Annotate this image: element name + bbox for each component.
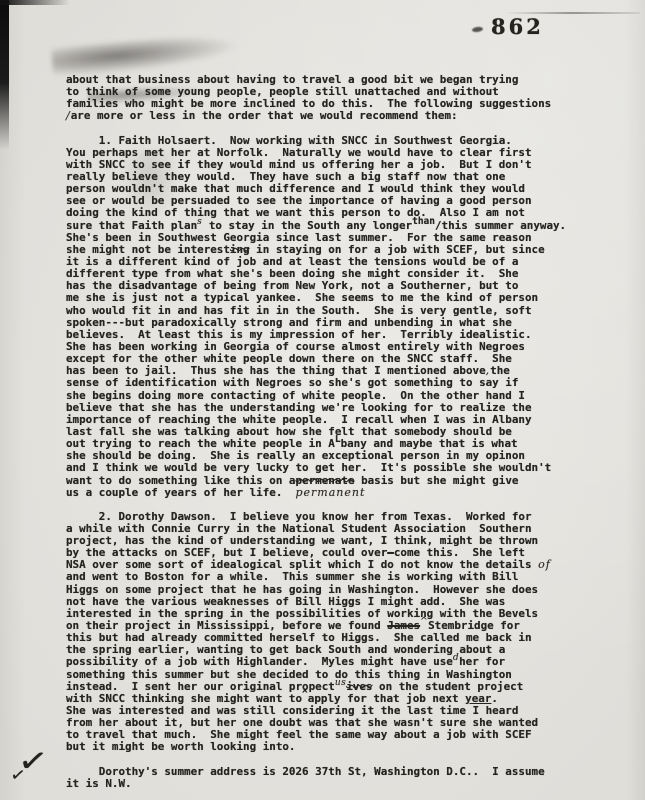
typed-text: Stembridge for	[428, 619, 520, 632]
typed-text: bany and maybe that is what	[341, 437, 518, 450]
typed-text: and I think we would be very lucky to ge…	[66, 461, 551, 474]
typed-text: us a couple of years of her life.	[66, 486, 296, 499]
typed-text: sense of identification with Negroes so …	[66, 376, 518, 389]
typed-text: last fall she was talking about how she …	[66, 425, 512, 438]
typed-text: not have the various weaknesses of Bill …	[66, 595, 505, 608]
typed-text: Dorothy's summer address is 2026 37th St…	[66, 765, 545, 778]
typed-text: her for	[459, 655, 505, 668]
annotated-text: us	[335, 678, 346, 688]
typed-text: has the disadvantage of being from New Y…	[66, 279, 518, 292]
typed-text: with SNCC thinking she might want to	[66, 692, 302, 705]
annotated-text: L	[335, 434, 341, 445]
text-line: us a couple of years of her life. perman…	[66, 487, 611, 499]
typed-text: but it might be worth looking into.	[66, 740, 296, 753]
text-line: /are more or less in the order that we w…	[66, 110, 611, 122]
typed-text: basis but she might give	[355, 474, 519, 487]
page-number: 862	[491, 14, 544, 39]
typed-text: .	[491, 692, 498, 705]
annotated-text: of	[538, 558, 551, 571]
paragraph: about that business about having to trav…	[66, 74, 611, 123]
typed-text: believe that she has the understanding w…	[66, 401, 532, 414]
typed-text: sure that Faith plan	[66, 219, 197, 232]
typed-text: are more or less in the order that we wo…	[71, 109, 458, 122]
typed-text: in staying on for a job with SCEF, but s…	[250, 243, 545, 256]
typed-text: the spring earlier, wanting to get back …	[66, 643, 505, 656]
typed-text: instead. I sent her our original propect	[66, 680, 335, 693]
typed-text: to travel that much. She might feel the …	[66, 728, 532, 741]
typed-text: believes. At least this is my impression…	[66, 328, 532, 341]
typed-text: You perhaps met her at Norfolk. Naturall…	[66, 146, 532, 159]
typed-text: on their project in Mississippi, before …	[66, 619, 387, 632]
typed-text: this but had already committed herself t…	[66, 631, 532, 644]
typed-text: /this summer anyway.	[435, 219, 566, 232]
text-line: it is N.W.	[66, 778, 611, 790]
typed-text: spoken---but paradoxically strong and fi…	[66, 316, 512, 329]
annotated-text: year	[465, 692, 491, 705]
typed-text: interested in the spring in the possibil…	[66, 607, 538, 620]
paragraph: 1. Faith Holsaert. Now working with SNCC…	[66, 135, 611, 499]
typed-text: Higgs on some project that he has going …	[66, 583, 538, 596]
typed-text: she might not be interest	[66, 243, 230, 256]
typed-text: different type from what she's been doin…	[66, 267, 518, 280]
document-body: about that business about having to trav…	[66, 74, 611, 800]
typed-text: who would fit in and has fit in in the S…	[66, 304, 532, 317]
typed-text: by the attacks on SCEF, but I believe, c…	[66, 546, 387, 559]
scan-edge-artifact	[0, 0, 70, 5]
paragraph: 2. Dorothy Dawson. I believe you know he…	[66, 511, 611, 754]
typed-text: me she is just not a typical yankee. She…	[66, 291, 538, 304]
typed-text: with SNCC to see if they would mind us o…	[66, 158, 532, 171]
typed-text: she begins doing more contacting of whit…	[66, 389, 525, 402]
annotated-text: ^	[302, 689, 308, 700]
typed-text: and went to Boston for a while. This sum…	[66, 570, 518, 583]
annotated-text: ing	[230, 243, 250, 256]
text-line: Dorothy's summer address is 2026 37th St…	[66, 766, 611, 778]
typed-text: it is a different kind of job and at lea…	[66, 255, 518, 268]
typed-text: it is N.W.	[66, 777, 132, 790]
typed-text: possibility of a job with Highlander. My…	[66, 655, 453, 668]
typed-text: She has been working in Georgia of cours…	[66, 340, 525, 353]
typed-text: NSA over some sort of idealogical split …	[66, 558, 538, 571]
typed-text: families who might be more inclined to d…	[66, 97, 551, 110]
typed-text: a while with Connie Curry in the Nationa…	[66, 522, 532, 535]
typed-text: doing the kind of thing that we want thi…	[66, 206, 525, 219]
typed-text: She's been in Southwest Georgia since la…	[66, 231, 532, 244]
typed-text: to stay in the South any longer	[202, 219, 412, 232]
annotated-text: ives	[346, 680, 372, 693]
ink-mark	[472, 26, 484, 32]
typed-text: on the student project	[372, 680, 523, 693]
checkmark-annotation: ✓	[10, 761, 26, 787]
text-line: but it might be worth looking into.	[66, 741, 611, 753]
typed-text: she should be doing. She is really an ex…	[66, 449, 525, 462]
typed-text: the	[490, 364, 510, 377]
typed-text: see or would be persuaded to see the imp…	[66, 194, 532, 207]
annotated-text: ^	[420, 617, 428, 627]
annotated-text: permanent	[296, 486, 366, 499]
typed-text: 1. Faith Holsaert. Now working with SNCC…	[66, 134, 512, 147]
typed-text: except for the other white people down t…	[66, 352, 512, 365]
typed-text: out trying to reach the white people in …	[66, 437, 335, 450]
scan-edge-artifact	[0, 0, 9, 150]
scanned-page: 862 about that business about having to …	[0, 0, 645, 800]
annotated-text: s	[197, 217, 202, 227]
annotated-text: than	[412, 216, 435, 227]
typed-text: to think of some young people, people st…	[66, 85, 499, 98]
typed-text: something this summer but she decided to…	[66, 668, 512, 681]
annotated-text: James	[387, 619, 420, 632]
scan-smudge	[51, 32, 238, 78]
annotated-text: permenate	[296, 474, 355, 487]
typed-text: come this. She left	[394, 546, 525, 559]
typed-text: want to do something like this on a	[66, 474, 296, 487]
typed-text: really believe they would. They have suc…	[66, 170, 505, 183]
typed-text: person wouldn't make that much differenc…	[66, 182, 525, 195]
typed-text: apply for that job next	[308, 692, 465, 705]
typed-text: 2. Dorothy Dawson. I believe you know he…	[66, 510, 532, 523]
typed-text: from her about it, but her one doubt was…	[66, 716, 538, 729]
annotated-text: d	[453, 653, 459, 663]
typed-text: importance of reaching the white people.…	[66, 413, 532, 426]
typed-text: about that business about having to trav…	[66, 73, 518, 86]
typed-text: She was interested and was still conside…	[66, 704, 518, 717]
typed-text: project, has the kind of understanding w…	[66, 534, 538, 547]
typed-text: has been to jail. Thus she has the thing…	[66, 364, 486, 377]
paragraph: Dorothy's summer address is 2026 37th St…	[66, 766, 611, 790]
